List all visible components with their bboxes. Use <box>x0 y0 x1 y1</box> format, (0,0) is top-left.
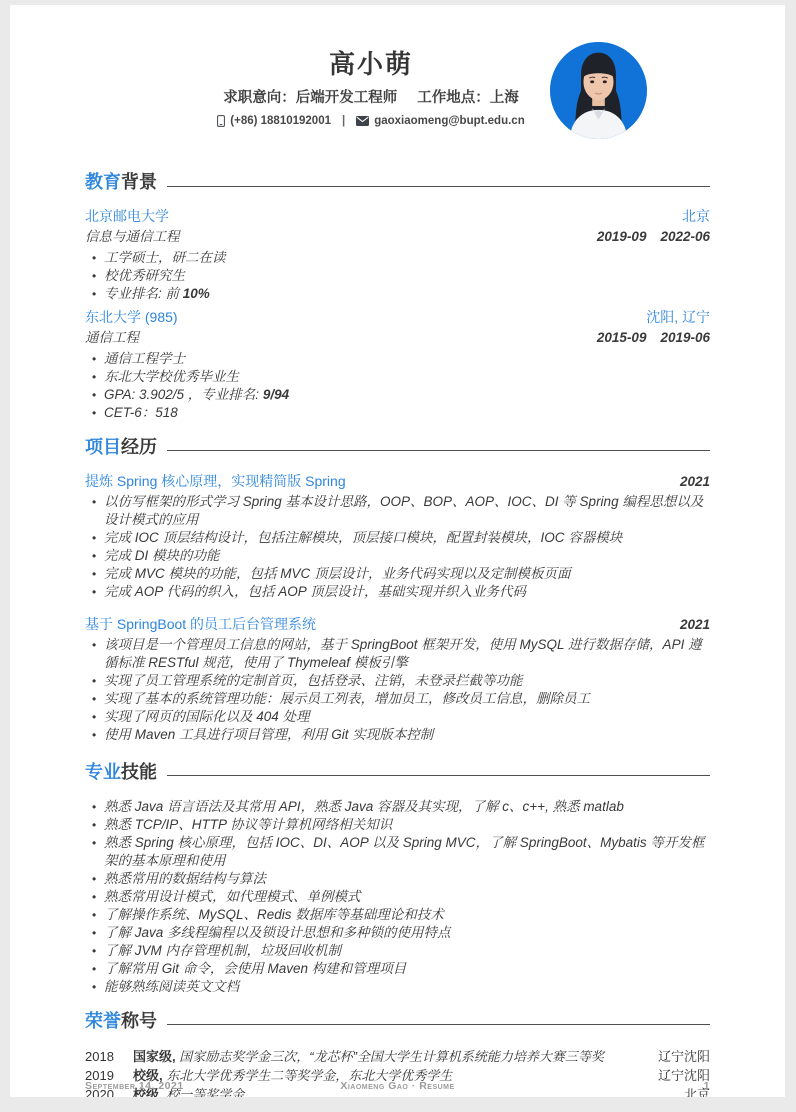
bullet-item: 校优秀研究生 <box>91 267 710 285</box>
footer-date: September 14, 2021 <box>85 1080 184 1093</box>
school-location: 沈阳, 辽宁 <box>646 309 710 326</box>
degree-major: 信息与通信工程 <box>85 228 180 246</box>
date-start: 2019-09 <box>597 229 647 244</box>
work-location: 工作地点：上海 <box>417 90 519 106</box>
bullet-item: 完成 IOC 顶层结构设计，包括注解模块，顶层接口模块，配置封装模块，IOC 容… <box>91 529 710 547</box>
section-title-honors: 荣誉称号 <box>85 1011 710 1032</box>
section-skills: 专业技能 熟悉 Java 语言语法及其常用 API，熟悉 Java 容器及其实现… <box>85 762 710 996</box>
bullet-item: 熟悉 TCP/IP、HTTP 协议等计算机网络相关知识 <box>91 816 710 834</box>
bullet-item: 实现了员工管理系统的定制首页，包括登录、注销，未登录拦截等功能 <box>91 672 710 690</box>
section-title-accent: 专业 <box>85 762 121 783</box>
school-name: 东北大学 (985) <box>85 309 178 326</box>
section-title-rest: 背景 <box>121 172 157 193</box>
section-title-accent: 项目 <box>85 437 121 458</box>
section-education: 教育背景 北京邮电大学北京信息与通信工程2019-092022-06工学硕士，研… <box>85 172 710 422</box>
project-entries: 提炼 Spring 核心原理，实现精简版 Spring2021以仿写框架的形式学… <box>85 473 710 744</box>
project-year: 2021 <box>680 474 710 489</box>
education-entries: 北京邮电大学北京信息与通信工程2019-092022-06工学硕士，研二在读校优… <box>85 208 710 422</box>
bullet-item: 东北大学校优秀毕业生 <box>91 368 710 386</box>
bullet-item: 熟悉常用设计模式，如代理模式、单例模式 <box>91 888 710 906</box>
date-range: 2019-092022-06 <box>597 228 710 246</box>
footer-title: Xiaomeng Gao · Resume <box>340 1080 454 1093</box>
skills-list: 熟悉 Java 语言语法及其常用 API，熟悉 Java 容器及其实现，了解 c… <box>85 798 710 996</box>
project-title: 提炼 Spring 核心原理，实现精简版 Spring <box>85 473 346 490</box>
project-entry: 提炼 Spring 核心原理，实现精简版 Spring2021以仿写框架的形式学… <box>85 473 710 601</box>
section-title-rule <box>167 186 710 187</box>
entry-subheader: 通信工程2015-092019-06 <box>85 329 710 347</box>
honor-description: 国家级, 国家励志奖学金三次，“龙芯杯”全国大学生计算机系统能力培养大赛三等奖 <box>133 1047 644 1066</box>
honor-year: 2018 <box>85 1047 133 1066</box>
envelope-icon <box>356 116 369 126</box>
bullet-item: 了解 Java 多线程编程以及锁设计思想和多种锁的使用特点 <box>91 924 710 942</box>
skills-bullet-list: 熟悉 Java 语言语法及其常用 API，熟悉 Java 容器及其实现，了解 c… <box>85 798 710 996</box>
project-bullet-list: 以仿写框架的形式学习 Spring 基本设计思路，OOP、BOP、AOP、IOC… <box>85 493 710 601</box>
section-projects: 项目经历 提炼 Spring 核心原理，实现精简版 Spring2021以仿写框… <box>85 437 710 744</box>
bullet-item: 了解常用 Git 命令，会使用 Maven 构建和管理项目 <box>91 960 710 978</box>
section-title-accent: 教育 <box>85 172 121 193</box>
honor-location: 辽宁沈阳 <box>658 1047 710 1066</box>
resume-header: 高小萌 求职意向：后端开发工程师工作地点：上海 (+86) 1881019200… <box>85 5 710 128</box>
bullet-item: 熟悉 Java 语言语法及其常用 API，熟悉 Java 容器及其实现，了解 c… <box>91 798 710 816</box>
bullet-item: 以仿写框架的形式学习 Spring 基本设计思路，OOP、BOP、AOP、IOC… <box>91 493 710 529</box>
project-header: 提炼 Spring 核心原理，实现精简版 Spring2021 <box>85 473 710 490</box>
section-title-rule <box>167 1024 710 1025</box>
entry-subheader: 信息与通信工程2019-092022-06 <box>85 228 710 246</box>
footer-page-number: 1 <box>704 1080 710 1093</box>
project-entry: 基于 SpringBoot 的员工后台管理系统2021该项目是一个管理员工信息的… <box>85 616 710 744</box>
contact-separator: | <box>342 114 345 128</box>
bullet-item: 专业排名: 前 10% <box>91 285 710 303</box>
section-title-accent: 荣誉 <box>85 1011 121 1032</box>
bullet-item: 熟悉常用的数据结构与算法 <box>91 870 710 888</box>
bullet-item: GPA: 3.902/5 ，专业排名: 9/94 <box>91 386 710 404</box>
bullet-item: CET-6：518 <box>91 404 710 422</box>
education-bullet-list: 通信工程学士东北大学校优秀毕业生GPA: 3.902/5 ，专业排名: 9/94… <box>85 350 710 422</box>
school-location: 北京 <box>682 208 710 225</box>
honor-text: 国家励志奖学金三次，“龙芯杯”全国大学生计算机系统能力培养大赛三等奖 <box>176 1049 604 1064</box>
bullet-item: 了解 JVM 内存管理机制，垃圾回收机制 <box>91 942 710 960</box>
bullet-item: 使用 Maven 工具进行项目管理，利用 Git 实现版本控制 <box>91 726 710 744</box>
date-start: 2015-09 <box>597 330 647 345</box>
project-year: 2021 <box>680 617 710 632</box>
date-end: 2019-06 <box>660 330 710 345</box>
section-title-rest: 称号 <box>121 1011 157 1032</box>
school-name: 北京邮电大学 <box>85 208 169 225</box>
bullet-item: 实现了网页的国际化以及 404 处理 <box>91 708 710 726</box>
bullet-item: 完成 AOP 代码的织入，包括 AOP 顶层设计，基础实现并织入业务代码 <box>91 583 710 601</box>
section-title-rule <box>167 450 710 451</box>
date-range: 2015-092019-06 <box>597 329 710 347</box>
entry-header: 北京邮电大学北京 <box>85 208 710 225</box>
education-bullet-list: 工学硕士，研二在读校优秀研究生专业排名: 前 10% <box>85 249 710 303</box>
degree-major: 通信工程 <box>85 329 139 347</box>
education-entry: 北京邮电大学北京信息与通信工程2019-092022-06工学硕士，研二在读校优… <box>85 208 710 303</box>
section-title-rule <box>167 775 710 776</box>
honor-level: 国家级, <box>133 1049 176 1064</box>
section-title-projects: 项目经历 <box>85 437 710 458</box>
date-end: 2022-06 <box>660 229 710 244</box>
bullet-item: 能够熟练阅读英文文档 <box>91 978 710 996</box>
phone-number: (+86) 18810192001 <box>230 114 331 128</box>
bullet-item: 工学硕士，研二在读 <box>91 249 710 267</box>
job-intent: 求职意向：后端开发工程师 <box>223 90 397 106</box>
mobile-phone-icon <box>217 115 225 127</box>
project-title: 基于 SpringBoot 的员工后台管理系统 <box>85 616 316 633</box>
bullet-item: 完成 DI 模块的功能 <box>91 547 710 565</box>
bullet-item: 该项目是一个管理员工信息的网站，基于 SpringBoot 框架开发，使用 My… <box>91 636 710 672</box>
honor-row: 2018国家级, 国家励志奖学金三次，“龙芯杯”全国大学生计算机系统能力培养大赛… <box>85 1047 710 1066</box>
page-footer: September 14, 2021 Xiaomeng Gao · Resume… <box>85 1080 710 1094</box>
section-title-rest: 经历 <box>121 437 157 458</box>
bullet-item: 实现了基本的系统管理功能：展示员工列表，增加员工，修改员工信息，删除员工 <box>91 690 710 708</box>
project-bullet-list: 该项目是一个管理员工信息的网站，基于 SpringBoot 框架开发，使用 My… <box>85 636 710 744</box>
bullet-item: 完成 MVC 模块的功能，包括 MVC 顶层设计，业务代码实现以及定制模板页面 <box>91 565 710 583</box>
email-address: gaoxiaomeng@bupt.edu.cn <box>374 114 525 128</box>
section-title-skills: 专业技能 <box>85 762 710 783</box>
entry-header: 东北大学 (985)沈阳, 辽宁 <box>85 309 710 326</box>
bullet-item: 了解操作系统、MySQL、Redis 数据库等基础理论和技术 <box>91 906 710 924</box>
section-title-rest: 技能 <box>121 762 157 783</box>
section-title-education: 教育背景 <box>85 172 710 193</box>
profile-photo <box>550 42 647 139</box>
bullet-item: 通信工程学士 <box>91 350 710 368</box>
education-entry: 东北大学 (985)沈阳, 辽宁通信工程2015-092019-06通信工程学士… <box>85 309 710 422</box>
resume-page: 高小萌 求职意向：后端开发工程师工作地点：上海 (+86) 1881019200… <box>10 5 785 1097</box>
bullet-item: 熟悉 Spring 核心原理，包括 IOC、DI、AOP 以及 Spring M… <box>91 834 710 870</box>
project-header: 基于 SpringBoot 的员工后台管理系统2021 <box>85 616 710 633</box>
